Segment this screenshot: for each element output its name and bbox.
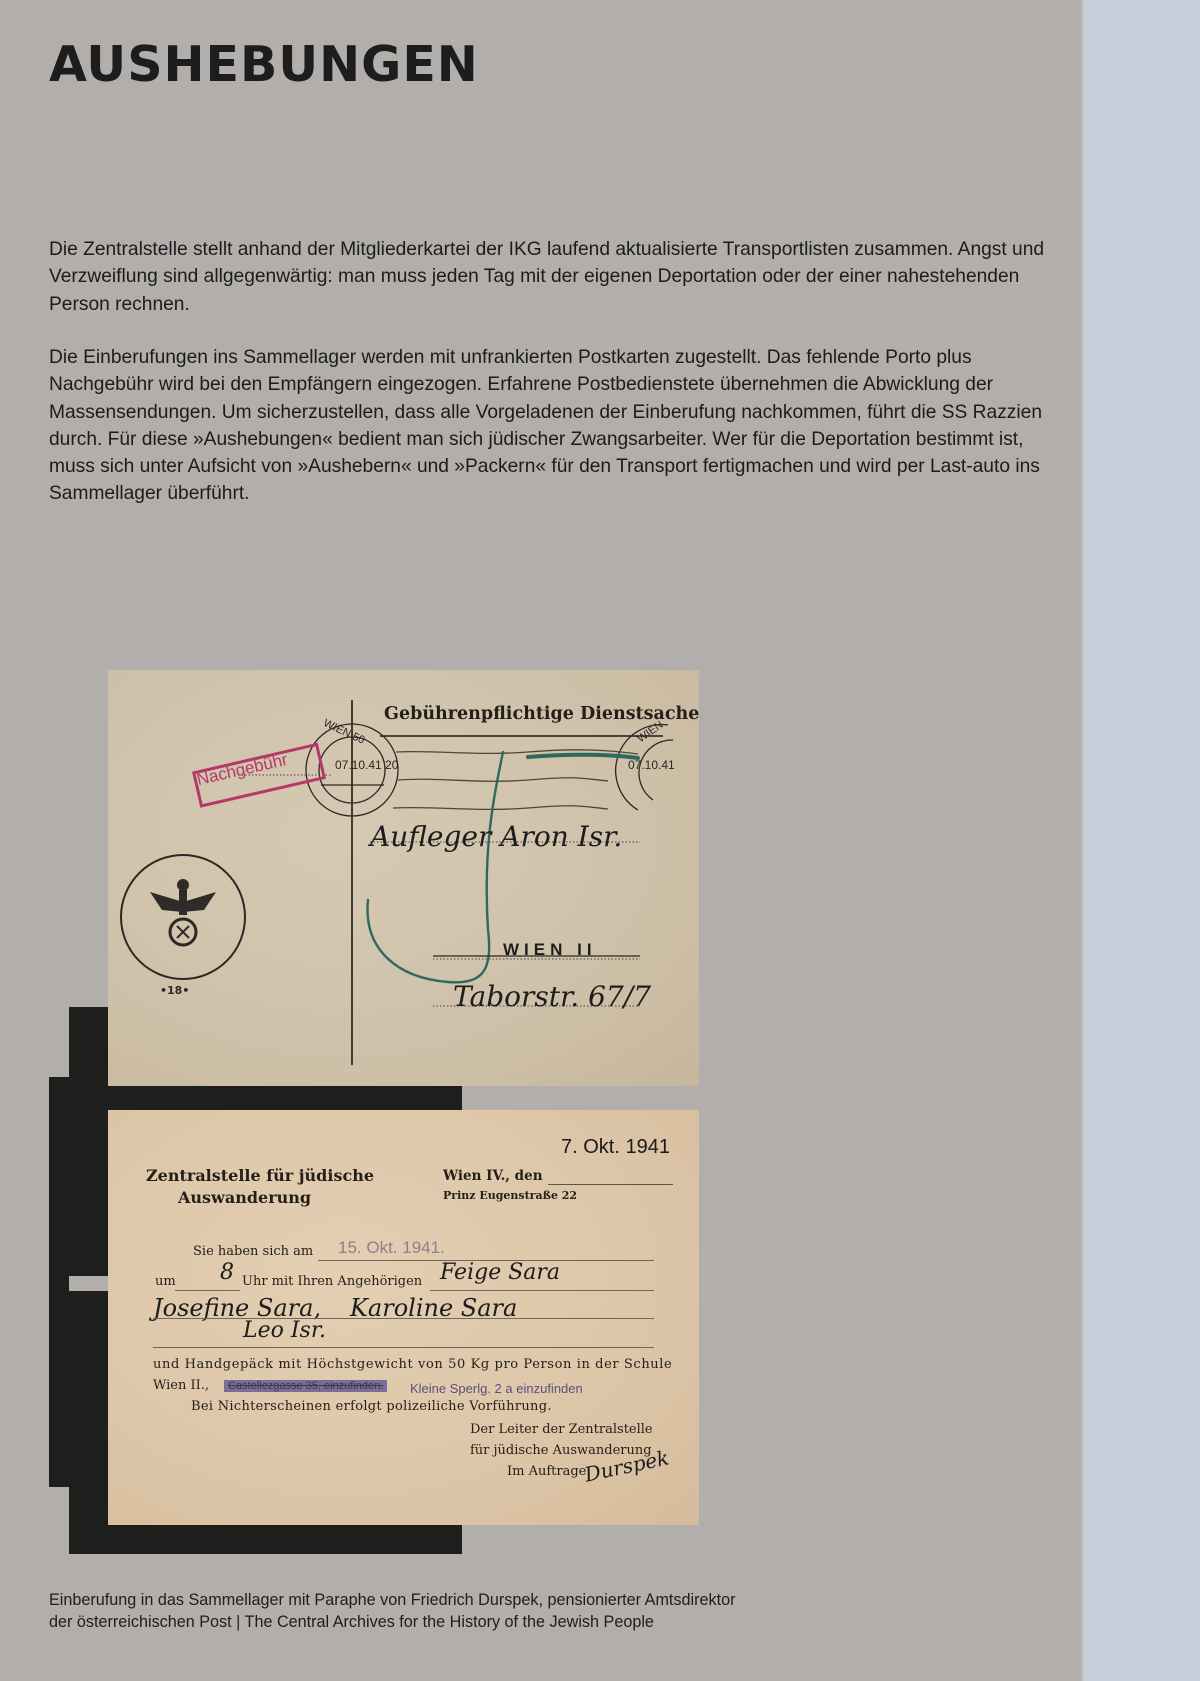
panel-divider [1081, 0, 1083, 1681]
relative-1: Feige Sara [440, 1260, 560, 1285]
recipient-name: Aufleger Aron Isr. [370, 820, 622, 853]
recipient-city: WIEN II [503, 940, 597, 960]
signature-line-1: Der Leiter der Zentralstelle [470, 1422, 653, 1437]
summons-line-2-prefix: um [155, 1274, 176, 1289]
relative-4: Leo Isr. [243, 1318, 326, 1343]
appointment-hour: 8 [220, 1260, 234, 1285]
seal-number: •18• [160, 984, 189, 997]
intro-paragraph: Die Zentralstelle stellt anhand der Mitg… [49, 236, 1049, 318]
body-paragraph: Die Einberufungen ins Sammellager werden… [49, 344, 1049, 508]
recipient-street: Taborstr. 67/7 [453, 980, 651, 1013]
image-caption: Einberufung in das Sammellager mit Parap… [49, 1590, 736, 1633]
card-header: Gebührenpflichtige Dienstsache [384, 704, 699, 724]
page-title: AUSHEBUNGEN [49, 36, 479, 93]
date-stamp: 7. Okt. 1941 [561, 1136, 670, 1159]
caption-line-1: Einberufung in das Sammellager mit Parap… [49, 1590, 736, 1612]
sender-line-1: Zentralstelle für jüdische [146, 1166, 374, 1185]
summons-line-1: Sie haben sich am [193, 1244, 313, 1259]
address-line: Prinz Eugenstraße 22 [443, 1189, 577, 1202]
sender-line-2: Auswanderung [178, 1188, 311, 1207]
postmark-left-date: 07.10.41 20 [335, 758, 398, 772]
location-struck: Castellezgasse 35, einzufinden. [224, 1380, 387, 1392]
signature-line-3: Im Auftrage: [507, 1464, 591, 1479]
warning-line: Bei Nichterscheinen erfolgt polizeiliche… [191, 1399, 552, 1414]
postcard-front: Gebührenpflichtige Dienstsache 07.10.41 … [108, 670, 699, 1086]
summons-line-2-text: Uhr mit Ihren Angehörigen [242, 1274, 422, 1289]
place-line: Wien IV., den [443, 1168, 543, 1184]
luggage-line: und Handgepäck mit Höchstgewicht von 50 … [153, 1357, 672, 1372]
postmark-right-date: 07.10.41 [628, 758, 675, 772]
location-stamp: Kleine Sperlg. 2 a einzufinden [410, 1381, 583, 1396]
caption-line-2: der österreichischen Post | The Central … [49, 1612, 736, 1634]
postcard-front-markings [108, 670, 699, 1086]
location-prefix: Wien II., [153, 1378, 209, 1393]
postcard-back: 7. Okt. 1941 Zentralstelle für jüdische … [108, 1110, 699, 1525]
eagle-seal-icon [121, 855, 245, 979]
appointment-date: 15. Okt. 1941. [338, 1238, 445, 1258]
